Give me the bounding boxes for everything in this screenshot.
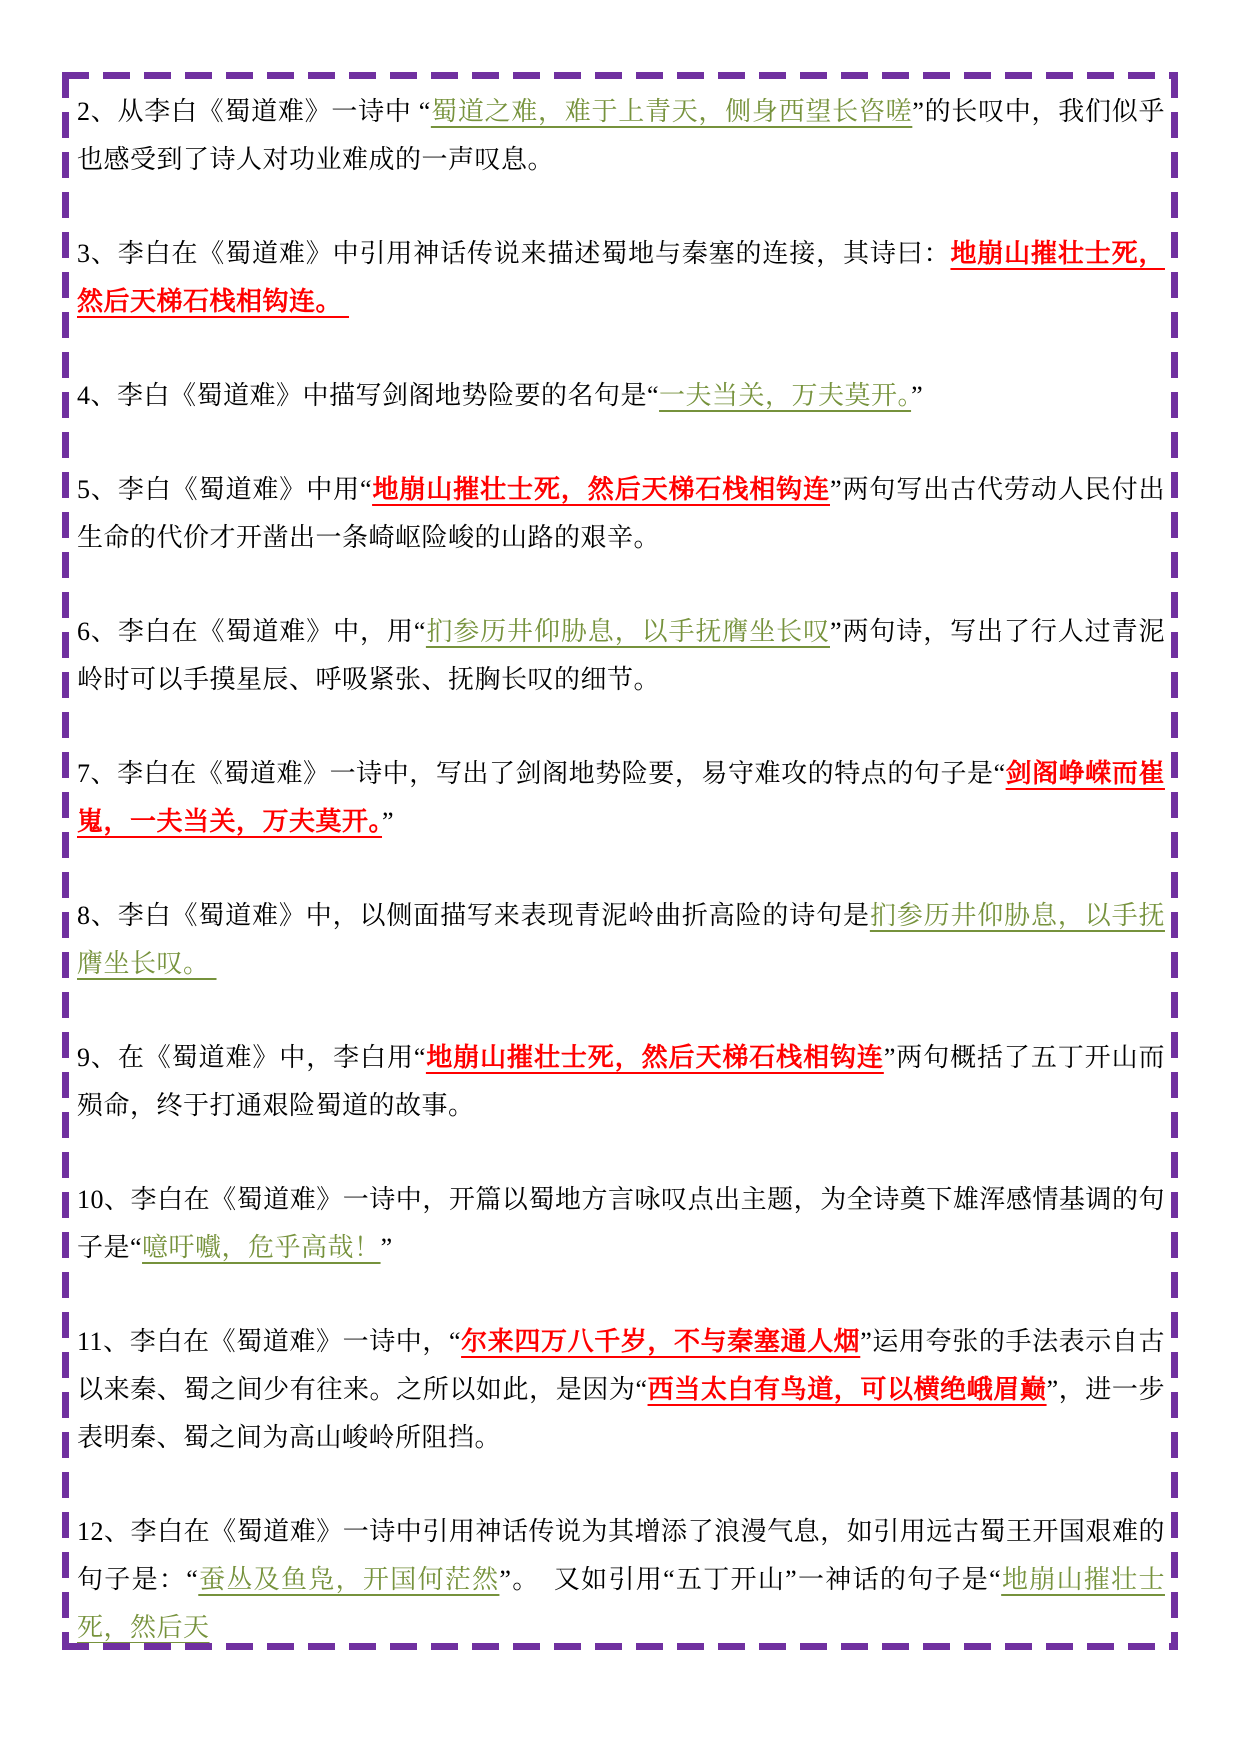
question-text: 2、从李白《蜀道难》一诗中 “ — [77, 97, 431, 126]
question-text: ” — [381, 1233, 393, 1262]
page-border-left — [62, 72, 69, 1650]
questions-list: 2、从李白《蜀道难》一诗中 “蜀道之难，难于上青天，侧身西望长咨嗟”的长叹中，我… — [69, 79, 1171, 1643]
question-item-6: 6、李白在《蜀道难》中，用“扪参历井仰胁息，以手抚膺坐长叹”两句诗，写出了行人过… — [77, 608, 1165, 704]
answer-highlight-green: 一夫当关，万夫莫开。 — [659, 381, 911, 410]
question-text: 8、李白《蜀道难》中，以侧面描写来表现青泥岭曲折高险的诗句是 — [77, 901, 870, 930]
question-item-3: 3、李白在《蜀道难》中引用神话传说来描述蜀地与秦塞的连接，其诗曰：地崩山摧壮士死… — [77, 230, 1165, 326]
answer-highlight-red: 地崩山摧壮士死，然后天梯石栈相钩连 — [372, 475, 830, 504]
question-item-11: 11、李白在《蜀道难》一诗中，“尔来四万八千岁，不与秦塞通人烟”运用夸张的手法表… — [77, 1318, 1165, 1462]
question-item-10: 10、李白在《蜀道难》一诗中，开篇以蜀地方言咏叹点出主题，为全诗奠下雄浑感情基调… — [77, 1176, 1165, 1272]
document-page: 2、从李白《蜀道难》一诗中 “蜀道之难，难于上青天，侧身西望长咨嗟”的长叹中，我… — [62, 72, 1178, 1650]
question-text: ” — [911, 381, 923, 410]
page-border-right — [1171, 72, 1178, 1650]
question-text: 9、在《蜀道难》中，李白用“ — [77, 1043, 426, 1072]
question-text: 6、李白在《蜀道难》中，用“ — [77, 617, 426, 646]
question-text: 4、李白《蜀道难》中描写剑阁地势险要的名句是“ — [77, 381, 659, 410]
question-item-9: 9、在《蜀道难》中，李白用“地崩山摧壮士死，然后天梯石栈相钩连”两句概括了五丁开… — [77, 1034, 1165, 1130]
question-text: ”。 又如引用“五丁开山”一神话的句子是“ — [499, 1565, 1001, 1594]
answer-highlight-green: 扪参历井仰胁息，以手抚膺坐长叹 — [426, 617, 830, 646]
question-text: 3、李白在《蜀道难》中引用神话传说来描述蜀地与秦塞的连接，其诗曰： — [77, 239, 950, 268]
answer-highlight-red: 地崩山摧壮士死，然后天梯石栈相钩连 — [426, 1043, 884, 1072]
answer-highlight-green: 蚕丛及鱼凫，开国何茫然 — [198, 1565, 499, 1594]
page-border-top — [62, 72, 1178, 79]
question-item-4: 4、李白《蜀道难》中描写剑阁地势险要的名句是“一夫当关，万夫莫开。” — [77, 372, 1165, 420]
answer-highlight-green: 噫吁嚱，危乎高哉！ — [142, 1233, 381, 1262]
question-text: ” — [382, 807, 394, 836]
answer-highlight-red: 西当太白有鸟道，可以横绝峨眉巅 — [648, 1375, 1047, 1404]
question-item-7: 7、李白在《蜀道难》一诗中，写出了剑阁地势险要，易守难攻的特点的句子是“剑阁峥嵘… — [77, 750, 1165, 846]
question-item-5: 5、李白《蜀道难》中用“地崩山摧壮士死，然后天梯石栈相钩连”两句写出古代劳动人民… — [77, 466, 1165, 562]
question-text: 7、李白在《蜀道难》一诗中，写出了剑阁地势险要，易守难攻的特点的句子是“ — [77, 759, 1006, 788]
question-item-8: 8、李白《蜀道难》中，以侧面描写来表现青泥岭曲折高险的诗句是扪参历井仰胁息，以手… — [77, 892, 1165, 988]
answer-highlight-red: 尔来四万八千岁，不与秦塞通人烟 — [461, 1327, 860, 1356]
question-item-12: 12、李白在《蜀道难》一诗中引用神话传说为其增添了浪漫气息，如引用远古蜀王开国艰… — [77, 1508, 1165, 1643]
question-text: 5、李白《蜀道难》中用“ — [77, 475, 372, 504]
answer-highlight-green: 蜀道之难，难于上青天，侧身西望长咨嗟 — [431, 97, 912, 126]
question-text: 11、李白在《蜀道难》一诗中，“ — [77, 1327, 461, 1356]
question-item-2: 2、从李白《蜀道难》一诗中 “蜀道之难，难于上青天，侧身西望长咨嗟”的长叹中，我… — [77, 88, 1165, 184]
page-border-bottom — [62, 1643, 1178, 1650]
